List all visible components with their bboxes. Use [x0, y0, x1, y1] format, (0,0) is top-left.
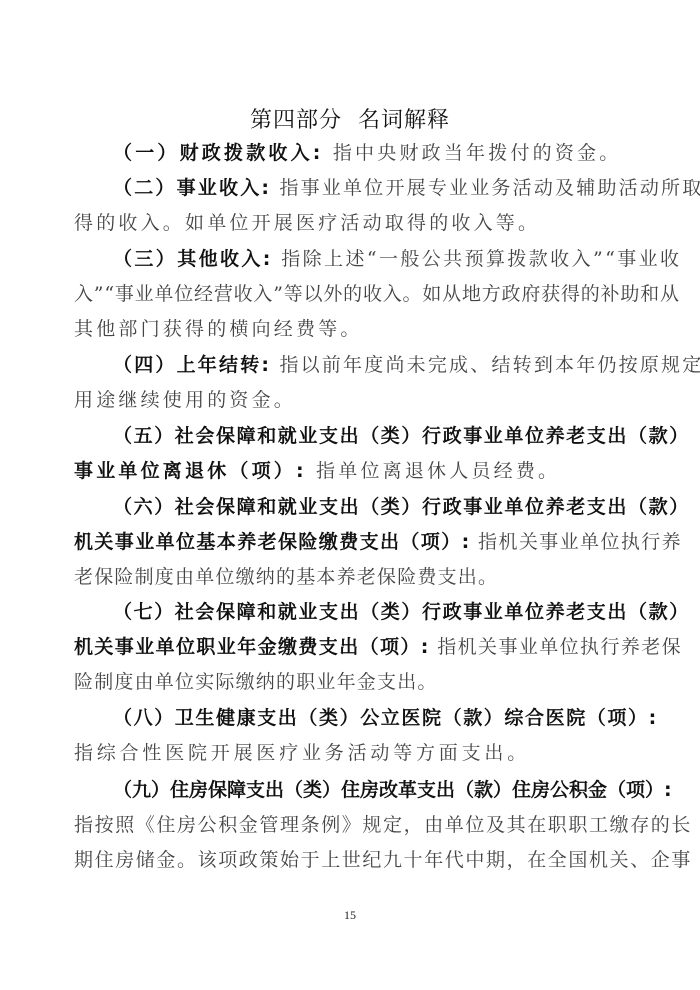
text-line: 入”“事业单位经营收入”等以外的收入。如从地方政府获得的补助和从: [74, 282, 634, 306]
text-line: 险制度由单位实际缴纳的职业年金支出。: [74, 670, 634, 694]
text-line: （七）社会保障和就业支出（类）行政事业单位养老支出（款）: [113, 600, 673, 624]
text-line: （四）上年结转: 指以前年度尚未完成、结转到本年仍按原规定: [113, 353, 673, 377]
text-line: 得的收入。如单位开展医疗活动取得的收入等。: [74, 211, 634, 235]
page-number: 15: [0, 908, 700, 923]
text-line: （八）卫生健康支出（类）公立医院（款）综合医院（项）:: [113, 706, 673, 730]
text-line: 指按照《住房公积金管理条例》规定，由单位及其在职职工缴存的长: [74, 813, 634, 837]
text-line: （三）其他收入: 指除上述“一般公共预算拨款收入”“事业收: [113, 247, 673, 271]
text-line: （九）住房保障支出（类）住房改革支出（款）住房公积金（项）:: [113, 778, 673, 802]
text-line: 事业单位离退休（项）: 指单位离退休人员经费。: [74, 459, 634, 483]
text-line: 指综合性医院开展医疗业务活动等方面支出。: [74, 741, 634, 765]
text-line: （五）社会保障和就业支出（类）行政事业单位养老支出（款）: [113, 424, 673, 448]
text-line: （二）事业收入: 指事业单位开展专业业务活动及辅助活动所取: [113, 176, 673, 200]
text-line: 老保险制度由单位缴纳的基本养老保险费支出。: [74, 565, 634, 589]
text-line: 其他部门获得的横向经费等。: [74, 317, 634, 341]
section-title: 第四部分 名词解释: [0, 103, 700, 134]
text-line: （一）财政拨款收入: 指中央财政当年拨付的资金。: [113, 141, 673, 165]
document-page: 第四部分 名词解释 （一）财政拨款收入: 指中央财政当年拨付的资金。 （二）事业…: [0, 0, 700, 990]
text-line: 机关事业单位职业年金缴费支出（项）: 指机关事业单位执行养老保: [74, 635, 634, 659]
text-line: 期住房储金。该项政策始于上世纪九十年代中期，在全国机关、企事: [74, 848, 634, 872]
text-line: （六）社会保障和就业支出（类）行政事业单位养老支出（款）: [113, 495, 673, 519]
text-line: 机关事业单位基本养老保险缴费支出（项）: 指机关事业单位执行养: [74, 530, 634, 554]
text-line: 用途继续使用的资金。: [74, 388, 634, 412]
